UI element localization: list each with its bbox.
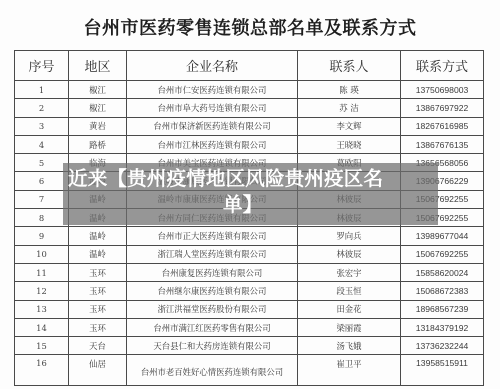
- table-row: 14 玉环 台州市满江红医药零售有限公司 梁丽霞 13184379192: [15, 318, 484, 336]
- cell-company: 台州市正大医药连锁有限公司: [127, 227, 298, 245]
- cell-contact: 罗向兵: [298, 227, 401, 245]
- table-row: 15 天台 天台县仁和大药房连锁有限公司 汤飞娥 13736232244: [15, 337, 484, 355]
- cell-contact: 田金花: [298, 300, 401, 318]
- cell-region: 玉环: [69, 263, 127, 281]
- cell-region: 路桥: [69, 135, 127, 153]
- table-row: 1 椒江 台州市仁安医药连锁有限公司 陈 瑛 13750698003: [15, 81, 484, 99]
- table-row: 13 玉环 浙江洪福堂医药股份有限公司 田金花 18968567239: [15, 300, 484, 318]
- cell-company: 台州市阜大药号连锁有限公司: [127, 99, 298, 117]
- cell-index: 12: [15, 282, 69, 300]
- header-contact: 联系人: [298, 51, 401, 81]
- cell-contact: 苏 洁: [298, 99, 401, 117]
- cell-region: 天台: [69, 337, 127, 355]
- cell-index: 6: [15, 172, 69, 190]
- headline-line-1: 近来【贵州疫情地区风险贵州疫区名: [68, 166, 468, 192]
- cell-company: 台州市老百姓好心情医药连锁有限公司: [127, 355, 298, 386]
- table-row: 3 黄岩 台州市保济新医药连锁有限公司 李文辉 18267616985: [15, 117, 484, 135]
- cell-contact: 张宏宇: [298, 263, 401, 281]
- cell-contact: 陈 瑛: [298, 81, 401, 99]
- header-region: 地区: [69, 51, 127, 81]
- table-row: 12 玉环 台州继尔康医药连锁有限公司 段玉恒 15068672383: [15, 282, 484, 300]
- cell-region: 玉环: [69, 318, 127, 336]
- cell-contact: 崔卫平: [298, 355, 401, 386]
- header-index: 序号: [15, 51, 69, 81]
- table-header-row: 序号 地区 企业名称 联系人 联系方式: [15, 51, 484, 81]
- header-phone: 联系方式: [401, 51, 484, 81]
- cell-phone: 18267616985: [401, 117, 484, 135]
- cell-region: 温岭: [69, 245, 127, 263]
- cell-index: 5: [15, 154, 69, 172]
- cell-company: 浙江瑞人堂医药连锁有限公司: [127, 245, 298, 263]
- cell-phone: 13736232244: [401, 337, 484, 355]
- cell-contact: 林彼辰: [298, 245, 401, 263]
- cell-company: 浙江洪福堂医药股份有限公司: [127, 300, 298, 318]
- cell-contact: 段玉恒: [298, 282, 401, 300]
- cell-region: 黄岩: [69, 117, 127, 135]
- cell-contact: 李文辉: [298, 117, 401, 135]
- cell-index: 8: [15, 209, 69, 227]
- cell-company: 台州市江林医药连锁有限公司: [127, 135, 298, 153]
- table-row: 2 椒江 台州市阜大药号连锁有限公司 苏 洁 13867697922: [15, 99, 484, 117]
- cell-phone: 13989677044: [401, 227, 484, 245]
- cell-index: 14: [15, 318, 69, 336]
- table-row: 9 温岭 台州市正大医药连锁有限公司 罗向兵 13989677044: [15, 227, 484, 245]
- cell-region: 温岭: [69, 227, 127, 245]
- table-row: 16 仙居 台州市老百姓好心情医药连锁有限公司 崔卫平 13958515911: [15, 355, 484, 386]
- cell-index: 3: [15, 117, 69, 135]
- cell-contact: 梁丽霞: [298, 318, 401, 336]
- cell-region: 椒江: [69, 81, 127, 99]
- cell-phone: 18968567239: [401, 300, 484, 318]
- headline-line-2: 单】: [68, 192, 500, 218]
- headline-banner: 近来【贵州疫情地区风险贵州疫区名 单】: [68, 166, 468, 192]
- header-company: 企业名称: [127, 51, 298, 81]
- cell-contact: 王晓晓: [298, 135, 401, 153]
- table-row: 11 玉环 台州康复医药连锁有限公司 张宏宇 15858620024: [15, 263, 484, 281]
- cell-phone: 15858620024: [401, 263, 484, 281]
- cell-index: 4: [15, 135, 69, 153]
- cell-company: 台州市保济新医药连锁有限公司: [127, 117, 298, 135]
- cell-company: 台州市仁安医药连锁有限公司: [127, 81, 298, 99]
- cell-company: 台州市满江红医药零售有限公司: [127, 318, 298, 336]
- cell-phone: 13750698003: [401, 81, 484, 99]
- cell-index: 2: [15, 99, 69, 117]
- cell-phone: 15067692255: [401, 245, 484, 263]
- cell-company: 台州康复医药连锁有限公司: [127, 263, 298, 281]
- cell-index: 7: [15, 190, 69, 208]
- table-row: 4 路桥 台州市江林医药连锁有限公司 王晓晓 13867676135: [15, 135, 484, 153]
- cell-phone: 13184379192: [401, 318, 484, 336]
- cell-company: 台州继尔康医药连锁有限公司: [127, 282, 298, 300]
- document-title: 台州市医药零售连锁总部名单及联系方式: [0, 14, 500, 40]
- cell-index: 1: [15, 81, 69, 99]
- cell-index: 15: [15, 337, 69, 355]
- cell-phone: 13867697922: [401, 99, 484, 117]
- cell-index: 13: [15, 300, 69, 318]
- cell-index: 16: [15, 355, 69, 386]
- cell-region: 仙居: [69, 355, 127, 386]
- cell-phone: 15068672383: [401, 282, 484, 300]
- cell-index: 11: [15, 263, 69, 281]
- cell-company: 天台县仁和大药房连锁有限公司: [127, 337, 298, 355]
- document-page: 台州市医药零售连锁总部名单及联系方式 序号 地区 企业名称 联系人 联系方式 1…: [0, 0, 500, 389]
- cell-region: 玉环: [69, 300, 127, 318]
- cell-index: 10: [15, 245, 69, 263]
- cell-phone: 13958515911: [401, 355, 484, 386]
- cell-contact: 汤飞娥: [298, 337, 401, 355]
- cell-region: 椒江: [69, 99, 127, 117]
- table-row: 10 温岭 浙江瑞人堂医药连锁有限公司 林彼辰 15067692255: [15, 245, 484, 263]
- cell-index: 9: [15, 227, 69, 245]
- cell-region: 玉环: [69, 282, 127, 300]
- cell-phone: 13867676135: [401, 135, 484, 153]
